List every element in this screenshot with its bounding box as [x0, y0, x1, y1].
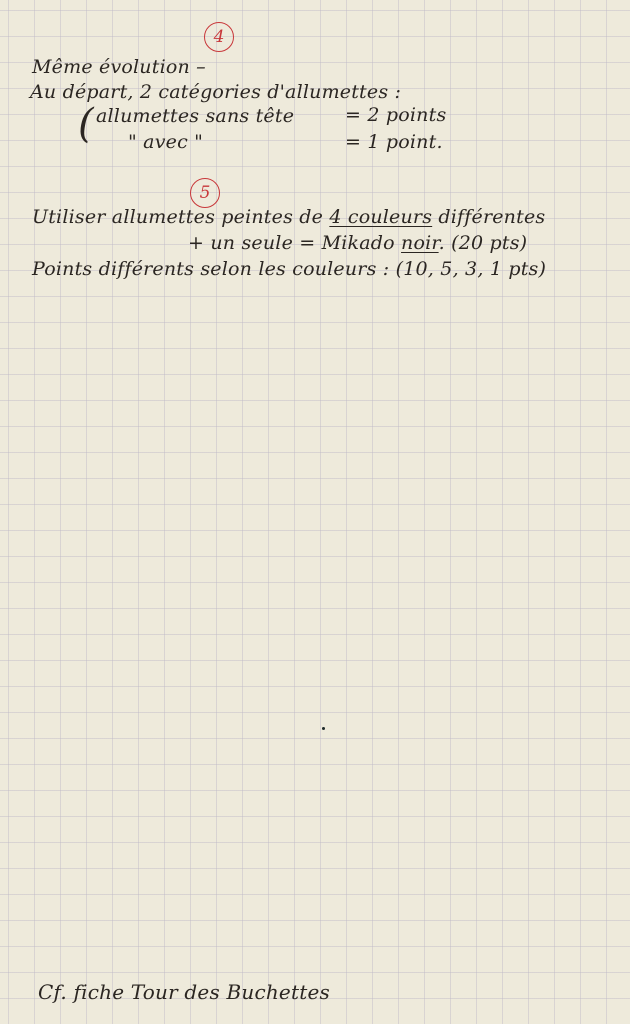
section-5-line-2-underlined: noir	[401, 232, 439, 254]
section-4-row-1-left: allumettes sans tête	[96, 105, 294, 127]
section-5-line-2: + un seule = Mikado noir. (20 pts)	[188, 232, 527, 254]
section-5-number: 5	[190, 178, 220, 208]
section-5-line-3: Points différents selon les couleurs : (…	[32, 258, 546, 280]
section-5-line-1-underlined: 4 couleurs	[329, 206, 432, 228]
section-4-number: 4	[204, 22, 234, 52]
section-4-line-2: Au départ, 2 catégories d'allumettes :	[30, 81, 401, 103]
section-4-row-1-right: = 2 points	[345, 104, 446, 126]
ink-dot	[322, 727, 325, 730]
section-5-line-1: Utiliser allumettes peintes de 4 couleur…	[32, 206, 545, 228]
footer-reference: Cf. fiche Tour des Buchettes	[38, 980, 330, 1004]
section-5-line-1-a: Utiliser allumettes peintes de	[32, 206, 329, 228]
section-4-line-1: Même évolution –	[32, 56, 206, 78]
section-4-row-2-right: = 1 point.	[345, 131, 443, 153]
section-5-line-2-c: . (20 pts)	[439, 232, 528, 254]
section-4-row-2-left: " avec "	[128, 131, 203, 153]
section-5-line-2-a: + un seule = Mikado	[188, 232, 401, 254]
section-4-bracket: (	[78, 104, 94, 144]
section-5-line-1-c: différentes	[432, 206, 545, 228]
